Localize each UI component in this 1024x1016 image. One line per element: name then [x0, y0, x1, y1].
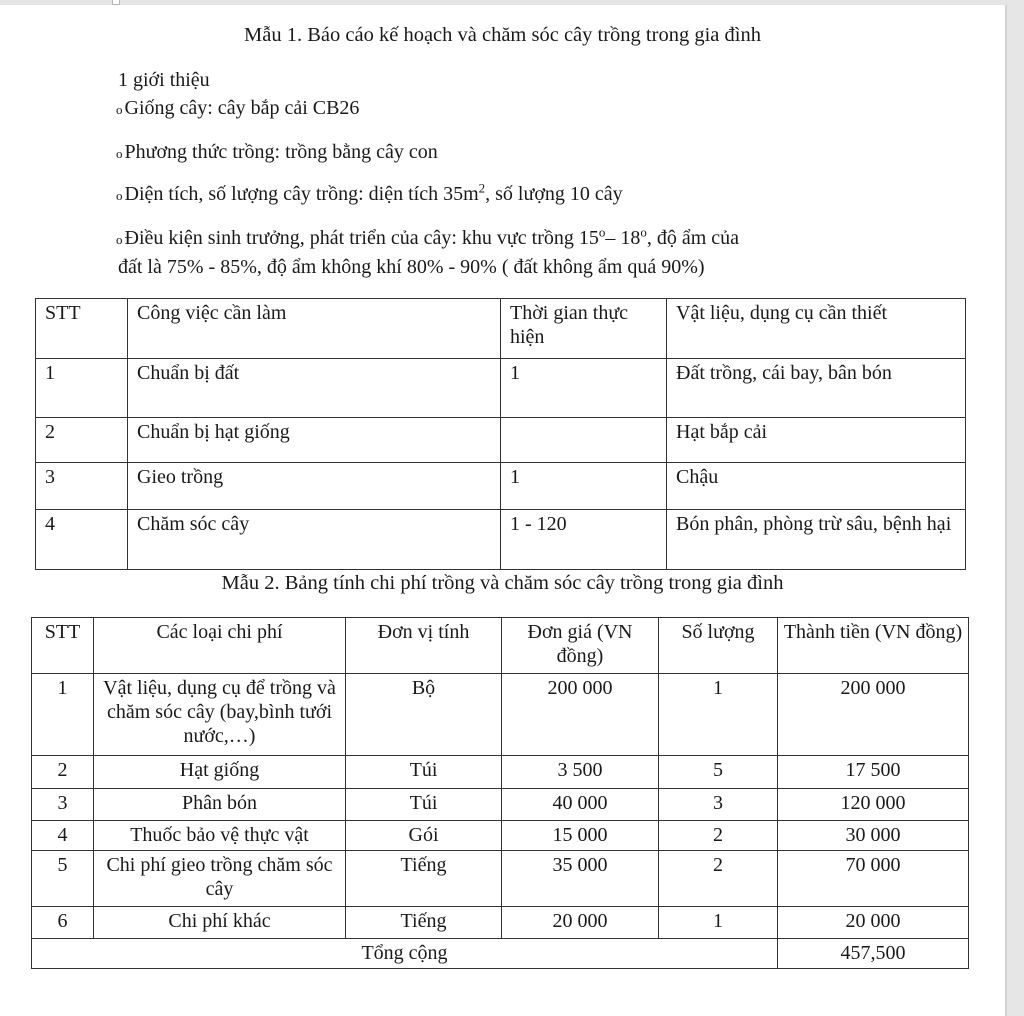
table-cell: 4 [32, 821, 94, 851]
table-cell: Hạt giống [94, 756, 346, 789]
table-cell: 1 [501, 463, 667, 510]
table-cell: 1 - 120 [501, 510, 667, 570]
cost-table: STT Các loại chi phí Đơn vị tính Đơn giá… [31, 617, 969, 969]
table-cell: Chuẩn bị đất [128, 359, 501, 418]
bullet-method: oPhương thức trồng: trồng bằng cây con [116, 140, 438, 166]
total-label: Tổng cộng [32, 939, 778, 969]
table-cell: 5 [659, 756, 778, 789]
table-cell: Túi [346, 789, 502, 821]
table-row: 2 Hạt giống Túi 3 500 5 17 500 [32, 756, 969, 789]
header-cell: Vật liệu, dụng cụ cần thiết [667, 299, 966, 359]
table-cell: Chi phí gieo trồng chăm sóc cây [94, 851, 346, 907]
table-cell: 35 000 [502, 851, 659, 907]
table-cell: 1 [32, 674, 94, 756]
table-cell: 2 [36, 418, 128, 463]
document-page: Mẫu 1. Báo cáo kế hoạch và chăm sóc cây … [0, 5, 1007, 1016]
table-cell: 3 [36, 463, 128, 510]
table-row: 2 Chuẩn bị hạt giống Hạt bắp cải [36, 418, 966, 463]
table-cell: Gieo trồng [128, 463, 501, 510]
table-cell: Chi phí khác [94, 907, 346, 939]
table-cell: Chăm sóc cây [128, 510, 501, 570]
bullet-dot-icon: o [116, 146, 123, 161]
table-header-row: STT Các loại chi phí Đơn vị tính Đơn giá… [32, 618, 969, 674]
table-cell: 200 000 [502, 674, 659, 756]
bullet-conditions: oĐiều kiện sinh trưởng, phát triển của c… [116, 226, 739, 252]
header-cell: STT [32, 618, 94, 674]
table-cell: 15 000 [502, 821, 659, 851]
right-side-panel [1007, 0, 1024, 1016]
bullet-dot-icon: o [116, 188, 123, 203]
header-cell: Các loại chi phí [94, 618, 346, 674]
table-header-row: STT Công việc cần làm Thời gian thực hiệ… [36, 299, 966, 359]
header-cell: Đơn vị tính [346, 618, 502, 674]
table-cell: Chuẩn bị hạt giống [128, 418, 501, 463]
table-row: 4 Chăm sóc cây 1 - 120 Bón phân, phòng t… [36, 510, 966, 570]
table-cell: 40 000 [502, 789, 659, 821]
table-row: 1 Chuẩn bị đất 1 Đất trồng, cái bay, bân… [36, 359, 966, 418]
total-value: 457,500 [778, 939, 969, 969]
intro-heading: 1 giới thiệu [118, 68, 210, 92]
table-row: 3 Phân bón Túi 40 000 3 120 000 [32, 789, 969, 821]
table-cell: Thuốc bảo vệ thực vật [94, 821, 346, 851]
header-cell: Công việc cần làm [128, 299, 501, 359]
table-cell: Gói [346, 821, 502, 851]
plan-table: STT Công việc cần làm Thời gian thực hiệ… [35, 298, 966, 570]
form1-title: Mẫu 1. Báo cáo kế hoạch và chăm sóc cây … [0, 24, 1005, 47]
table-cell: 2 [32, 756, 94, 789]
table-cell: 30 000 [778, 821, 969, 851]
bullet-variety: oGiống cây: cây bắp cải CB26 [116, 96, 359, 122]
table-cell: 6 [32, 907, 94, 939]
table-cell: 20 000 [502, 907, 659, 939]
total-row: Tổng cộng 457,500 [32, 939, 969, 969]
table-cell: 3 500 [502, 756, 659, 789]
table-cell: Hạt bắp cải [667, 418, 966, 463]
table-row: 4 Thuốc bảo vệ thực vật Gói 15 000 2 30 … [32, 821, 969, 851]
header-cell: Thành tiền (VN đồng) [778, 618, 969, 674]
table-cell: 120 000 [778, 789, 969, 821]
table-cell: 5 [32, 851, 94, 907]
header-cell: STT [36, 299, 128, 359]
table-cell: 20 000 [778, 907, 969, 939]
header-cell: Số lượng [659, 618, 778, 674]
table-row: 5 Chi phí gieo trồng chăm sóc cây Tiếng … [32, 851, 969, 907]
table-cell: 2 [659, 821, 778, 851]
bullet-dot-icon: o [116, 102, 123, 117]
table-cell: 3 [659, 789, 778, 821]
form2-title: Mẫu 2. Bảng tính chi phí trồng và chăm s… [0, 572, 1005, 595]
table-cell: 1 [36, 359, 128, 418]
table-cell: Phân bón [94, 789, 346, 821]
table-cell: Vật liệu, dụng cụ để trồng và chăm sóc c… [94, 674, 346, 756]
bullet-dot-icon: o [116, 232, 123, 247]
table-cell: 2 [659, 851, 778, 907]
table-cell: Bộ [346, 674, 502, 756]
table-cell: Bón phân, phòng trừ sâu, bệnh hại [667, 510, 966, 570]
table-row: 6 Chi phí khác Tiếng 20 000 1 20 000 [32, 907, 969, 939]
table-cell: 1 [659, 674, 778, 756]
table-cell: Tiếng [346, 907, 502, 939]
header-cell: Thời gian thực hiện [501, 299, 667, 359]
bullet-conditions-line2: đất là 75% - 85%, độ ẩm không khí 80% - … [118, 255, 705, 279]
bullet-area: oDiện tích, số lượng cây trồng: diện tíc… [116, 182, 623, 208]
table-cell: 4 [36, 510, 128, 570]
table-cell [501, 418, 667, 463]
table-cell: Tiếng [346, 851, 502, 907]
table-cell: 70 000 [778, 851, 969, 907]
table-cell: 17 500 [778, 756, 969, 789]
table-cell: Đất trồng, cái bay, bân bón [667, 359, 966, 418]
table-row: 3 Gieo trồng 1 Chậu [36, 463, 966, 510]
table-cell: 200 000 [778, 674, 969, 756]
table-cell: 1 [501, 359, 667, 418]
table-cell: 1 [659, 907, 778, 939]
table-cell: 3 [32, 789, 94, 821]
table-row: 1 Vật liệu, dụng cụ để trồng và chăm sóc… [32, 674, 969, 756]
table-cell: Chậu [667, 463, 966, 510]
table-cell: Túi [346, 756, 502, 789]
header-cell: Đơn giá (VN đồng) [502, 618, 659, 674]
